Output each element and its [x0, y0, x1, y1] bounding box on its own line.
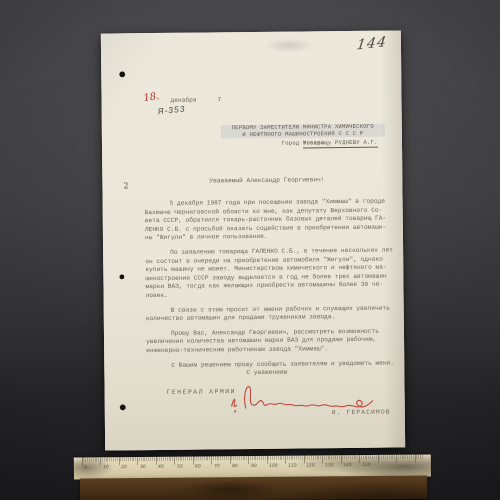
- body-line: ны "Жигули" в личное пользование.: [145, 232, 389, 243]
- punch-hole: [120, 404, 126, 410]
- typed-date-year-digit: 7: [217, 96, 221, 103]
- ruler-number: 90: [250, 464, 256, 469]
- document-paper: 144 2 18. декабря 7 Я-353 ПЕРВОМУ ЗАМЕСТ…: [101, 30, 405, 450]
- handwritten-page-number: 144: [356, 34, 388, 53]
- ruler-number: 140: [343, 463, 352, 468]
- ruler-number: 60: [195, 464, 201, 469]
- punch-hole: [119, 71, 125, 77]
- pencil-mark: 2: [123, 181, 128, 190]
- handwritten-reference-number: Я-353: [157, 104, 186, 117]
- signer-name: И. ГЕРАСИМОВ: [332, 409, 391, 417]
- ruler-number: 40: [158, 465, 164, 470]
- ruler-number: 50: [176, 465, 182, 470]
- ruler-number: 80: [232, 464, 238, 469]
- ruler-number: 10: [102, 465, 108, 470]
- body-line: количество автомашин для продажи тружени…: [146, 313, 390, 324]
- ruler-number: 150: [361, 463, 370, 468]
- closing-phrase: С уважением: [246, 369, 287, 376]
- ruler-wood-body: [80, 475, 427, 500]
- ruler-number: 120: [306, 463, 315, 468]
- ruler-number: 130: [324, 463, 333, 468]
- punch-hole: [119, 274, 124, 279]
- faint-stamp-smudge: [264, 38, 314, 53]
- ruler-number: 30: [139, 465, 145, 470]
- handwritten-date-day: 18.: [143, 91, 160, 104]
- ruler-number: 110: [287, 464, 296, 469]
- ruler-number: 100: [269, 464, 278, 469]
- letter-body: 5 декабря 1987 года при посещении завода…: [145, 192, 391, 377]
- paragraph: [145, 192, 389, 195]
- ruler-number: 20: [121, 465, 127, 470]
- body-line: инженерно-техническим работникам завода …: [146, 344, 390, 355]
- wooden-ruler: 0102030405060708090100110120130140150: [74, 454, 431, 500]
- ruler-number: 70: [213, 464, 219, 469]
- photo-background: 144 2 18. декабря 7 Я-353 ПЕРВОМУ ЗАМЕСТ…: [0, 0, 500, 500]
- ruler-number: 0: [84, 465, 87, 470]
- recipient-address-block: ПЕРВОМУ ЗАМЕСТИТЕЛЮ МИНИСТРА ХИМИЧЕСКОГО…: [221, 124, 385, 148]
- salutation: Уважаемый Александр Георгиевич!: [209, 176, 324, 184]
